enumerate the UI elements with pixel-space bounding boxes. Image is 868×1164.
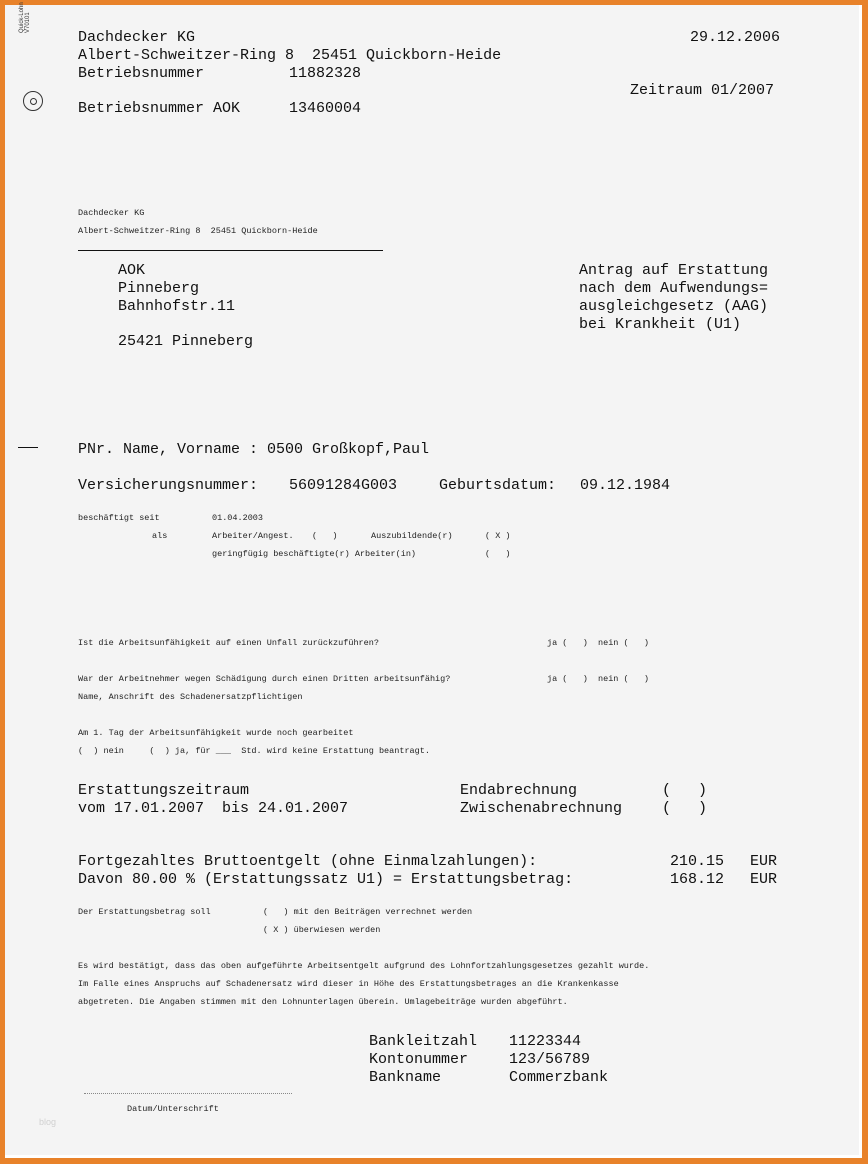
question-third-party-answer: ja ( ) nein ( ) [547, 673, 649, 685]
fold-mark [18, 447, 38, 448]
employed-as-label: als [152, 530, 167, 542]
option-minor-employment-label: geringfügig beschäftigte(r) Arbeiter(in) [212, 548, 416, 560]
sender-company: Dachdecker KG [78, 207, 144, 219]
watermark: blog [39, 1117, 56, 1127]
sender-address: Albert-Schweitzer-Ring 8 25451 Quickborn… [78, 225, 318, 237]
insurance-number-label: Versicherungsnummer: [78, 477, 258, 495]
birthdate-value: 09.12.1984 [580, 477, 670, 495]
signature-label: Datum/Unterschrift [127, 1103, 219, 1115]
settlement-label: Der Erstattungsbetrag soll [78, 906, 211, 918]
question-first-day: Am 1. Tag der Arbeitsunfähigkeit wurde n… [78, 727, 353, 739]
settlement-option-transfer: ( X ) überwiesen werden [263, 924, 380, 936]
employed-since-value: 01.04.2003 [212, 512, 263, 524]
gross-pay-label: Fortgezahltes Bruttoentgelt (ohne Einmal… [78, 853, 537, 871]
title-line-3: ausgleichgesetz (AAG) [579, 298, 768, 316]
option-worker-checkbox: ( ) [312, 530, 338, 542]
refund-amount-value: 168.12 [670, 871, 724, 889]
betriebsnummer-aok-label: Betriebsnummer AOK [78, 100, 240, 118]
account-number-value: 123/56789 [509, 1051, 590, 1069]
title-line-4: bei Krankheit (U1) [579, 316, 741, 334]
interim-settlement-label: Zwischenabrechnung [460, 800, 622, 818]
option-worker-label: Arbeiter/Angest. [212, 530, 294, 542]
question-accident: Ist die Arbeitsunfähigkeit auf einen Unf… [78, 637, 379, 649]
account-number-label: Kontonummer [369, 1051, 468, 1069]
document-page: Quick-Lohn V70101 Dachdecker KG Albert-S… [5, 5, 862, 1158]
final-settlement-checkbox: ( ) [662, 782, 707, 800]
birthdate-label: Geburtsdatum: [439, 477, 556, 495]
refund-amount-currency: EUR [750, 871, 777, 889]
liable-party-note: Name, Anschrift des Schadenersatzpflicht… [78, 691, 302, 703]
confirmation-line-2: Im Falle eines Anspruchs auf Schadenersa… [78, 978, 619, 990]
settlement-option-offset: ( ) mit den Beiträgen verrechnet werden [263, 906, 472, 918]
confirmation-line-3: abgetreten. Die Angaben stimmen mit den … [78, 996, 568, 1008]
interim-settlement-checkbox: ( ) [662, 800, 707, 818]
final-settlement-label: Endabrechnung [460, 782, 577, 800]
period-label: Zeitraum 01/2007 [630, 82, 774, 100]
title-line-2: nach dem Aufwendungs= [579, 280, 768, 298]
recipient-line-1: AOK [118, 262, 145, 280]
betriebsnummer-label: Betriebsnummer [78, 65, 204, 83]
refund-period-label: Erstattungszeitraum [78, 782, 249, 800]
recipient-city: 25421 Pinneberg [118, 333, 253, 351]
company-address: Albert-Schweitzer-Ring 8 25451 Quickborn… [78, 47, 501, 65]
betriebsnummer-value: 11882328 [289, 65, 361, 83]
signature-line [84, 1093, 292, 1094]
bank-code-value: 11223344 [509, 1033, 581, 1051]
confirmation-line-1: Es wird bestätigt, dass das oben aufgefü… [78, 960, 649, 972]
option-apprentice-label: Auszubildende(r) [371, 530, 453, 542]
question-accident-answer: ja ( ) nein ( ) [547, 637, 649, 649]
sender-rule [78, 250, 383, 251]
betriebsnummer-aok-value: 13460004 [289, 100, 361, 118]
refund-period-range: vom 17.01.2007 bis 24.01.2007 [78, 800, 348, 818]
employee-pnr-name: PNr. Name, Vorname : 0500 Großkopf,Paul [78, 441, 429, 459]
refund-amount-label: Davon 80.00 % (Erstattungssatz U1) = Ers… [78, 871, 573, 889]
software-label: Quick-Lohn V70101 [19, 2, 31, 33]
gross-pay-value: 210.15 [670, 853, 724, 871]
bank-name-value: Commerzbank [509, 1069, 608, 1087]
option-apprentice-checkbox: ( X ) [485, 530, 511, 542]
bank-name-label: Bankname [369, 1069, 441, 1087]
document-date: 29.12.2006 [690, 29, 780, 47]
question-first-day-answer: ( ) nein ( ) ja, für ___ Std. wird keine… [78, 745, 430, 757]
title-line-1: Antrag auf Erstattung [579, 262, 768, 280]
insurance-number-value: 56091284G003 [289, 477, 397, 495]
recipient-line-2: Pinneberg [118, 280, 199, 298]
company-name: Dachdecker KG [78, 29, 195, 47]
recipient-line-3: Bahnhofstr.11 [118, 298, 235, 316]
cd-icon [23, 91, 43, 111]
employed-since-label: beschäftigt seit [78, 512, 160, 524]
question-third-party: War der Arbeitnehmer wegen Schädigung du… [78, 673, 450, 685]
option-minor-employment-checkbox: ( ) [485, 548, 511, 560]
bank-code-label: Bankleitzahl [369, 1033, 477, 1051]
gross-pay-currency: EUR [750, 853, 777, 871]
